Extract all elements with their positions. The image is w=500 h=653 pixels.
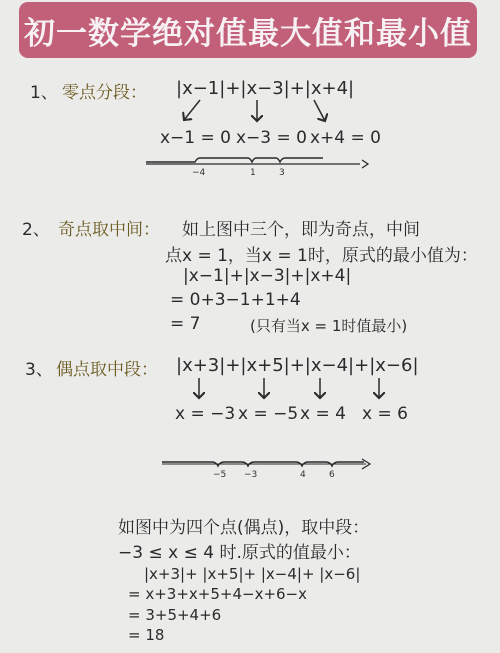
tick-label: 6 (329, 470, 335, 480)
text-line: −3 ≤ x ≤ 4 时.原式的值最小： (118, 538, 361, 563)
result: = 18 (128, 626, 164, 644)
calculation-step: = 3+5+4+6 (128, 606, 221, 624)
tick-label: 4 (300, 470, 306, 480)
calculation-step: = x+3+x+5+4−x+6−x (128, 585, 307, 603)
expression: |x+3|+ |x+5|+ |x−4|+ |x−6| (144, 565, 360, 583)
tick-label: −5 (213, 470, 226, 480)
tick-label: −3 (244, 470, 257, 480)
text-line: 如图中为四个点(偶点)，取中段： (118, 513, 369, 538)
